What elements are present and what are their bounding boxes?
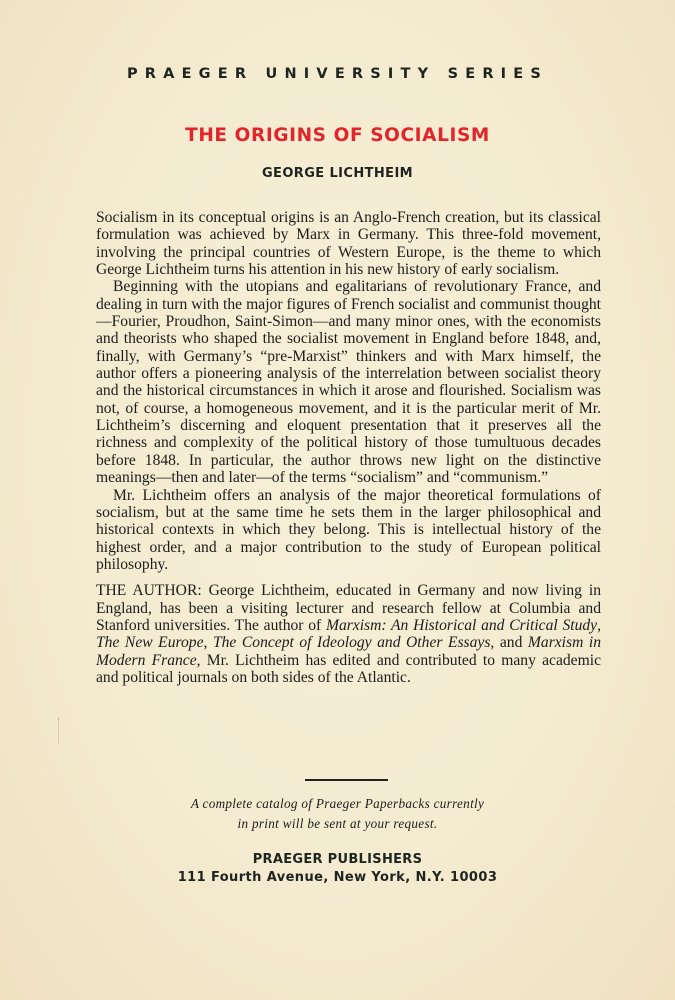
- book-title: THE ORIGINS OF SOCIALISM: [0, 125, 675, 146]
- separator: , and: [490, 634, 527, 651]
- blurb-body: Socialism in its conceptual origins is a…: [96, 209, 601, 686]
- series-heading: PRAEGER UNIVERSITY SERIES: [0, 66, 675, 82]
- separator: ,: [597, 617, 601, 634]
- author-bio-label: THE AUTHOR:: [96, 582, 202, 599]
- catalog-line: in print will be sent at your request.: [0, 814, 675, 834]
- blurb-paragraph: Beginning with the utopians and egalitar…: [96, 278, 601, 486]
- paper-stain: [58, 718, 73, 744]
- publisher-address: 111 Fourth Avenue, New York, N.Y. 10003: [0, 869, 675, 887]
- author-bio: THE AUTHOR: George Lichtheim, educated i…: [96, 582, 601, 686]
- section-divider: [305, 779, 388, 781]
- publisher-name: PRAEGER PUBLISHERS: [0, 851, 675, 869]
- catalog-note: A complete catalog of Praeger Paperbacks…: [0, 794, 675, 833]
- publisher-block: PRAEGER PUBLISHERS 111 Fourth Avenue, Ne…: [0, 851, 675, 887]
- book-work-title: The Concept of Ideology and Other Essays: [213, 634, 490, 651]
- blurb-paragraph: Mr. Lichtheim offers an analysis of the …: [96, 487, 601, 574]
- book-author: GEORGE LICHTHEIM: [0, 166, 675, 181]
- blurb-paragraph: Socialism in its conceptual origins is a…: [96, 209, 601, 278]
- catalog-line: A complete catalog of Praeger Paperbacks…: [0, 794, 675, 814]
- book-work-title: The New Europe: [96, 634, 204, 651]
- book-work-title: Marxism: An Historical and Critical Stud…: [326, 617, 597, 634]
- separator: ,: [204, 634, 213, 651]
